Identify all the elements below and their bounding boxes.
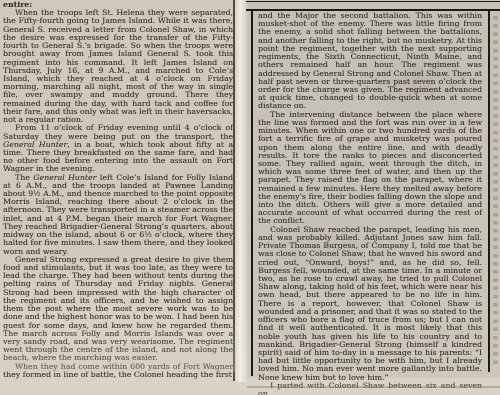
scan-edge-shadow: [247, 386, 500, 388]
article-paragraph: When they had come within 600 yards of F…: [3, 363, 233, 379]
text-run: left Cole’s Island for Folly Island at 6…: [3, 173, 233, 256]
article-paragraph: and the Major the second battalion. This…: [258, 12, 482, 111]
text-run: General Strong expressed a great desire …: [3, 255, 233, 363]
adjacent-column-text-sliver: [493, 16, 498, 366]
newspaper-page-scan: entire:When the troops left St. Helena t…: [0, 0, 500, 395]
article-paragraph: From 11 o’clock of Friday evening until …: [3, 124, 233, 173]
text-run: When they had come within 600 yards of F…: [3, 362, 233, 379]
article-paragraph: I parted with Colonel Shaw between six a…: [258, 382, 482, 395]
text-run: From 11 o’clock of Friday evening until …: [3, 123, 233, 140]
right-column-left-rule: [251, 10, 253, 376]
column-gutter-highlight: [234, 0, 248, 382]
article-paragraph: The General Hunter left Cole’s Island fo…: [3, 174, 233, 256]
article-paragraph: When the troops left St. Helena they wer…: [3, 9, 233, 124]
article-paragraph: Colonel Shaw reached the parapet, leadin…: [258, 226, 482, 382]
right-column-right-rule: [488, 10, 490, 372]
article-column-left: entire:When the troops left St. Helena t…: [3, 1, 233, 379]
article-paragraph: The intervening distance between the pla…: [258, 111, 482, 226]
article-column-right: and the Major the second battalion. This…: [258, 12, 482, 395]
right-column-top-double-rule: [246, 1, 500, 11]
text-run: I parted with Colonel Shaw between six a…: [258, 381, 482, 395]
text-run: Colonel Shaw reached the parapet, leadin…: [258, 225, 482, 382]
left-column-right-rule: [233, 0, 235, 381]
text-run: The intervening distance between the pla…: [258, 110, 482, 226]
text-run: When the troops left St. Helena they wer…: [3, 8, 233, 124]
article-paragraph: General Strong expressed a great desire …: [3, 256, 233, 363]
text-run: and the Major the second battalion. This…: [258, 11, 482, 110]
